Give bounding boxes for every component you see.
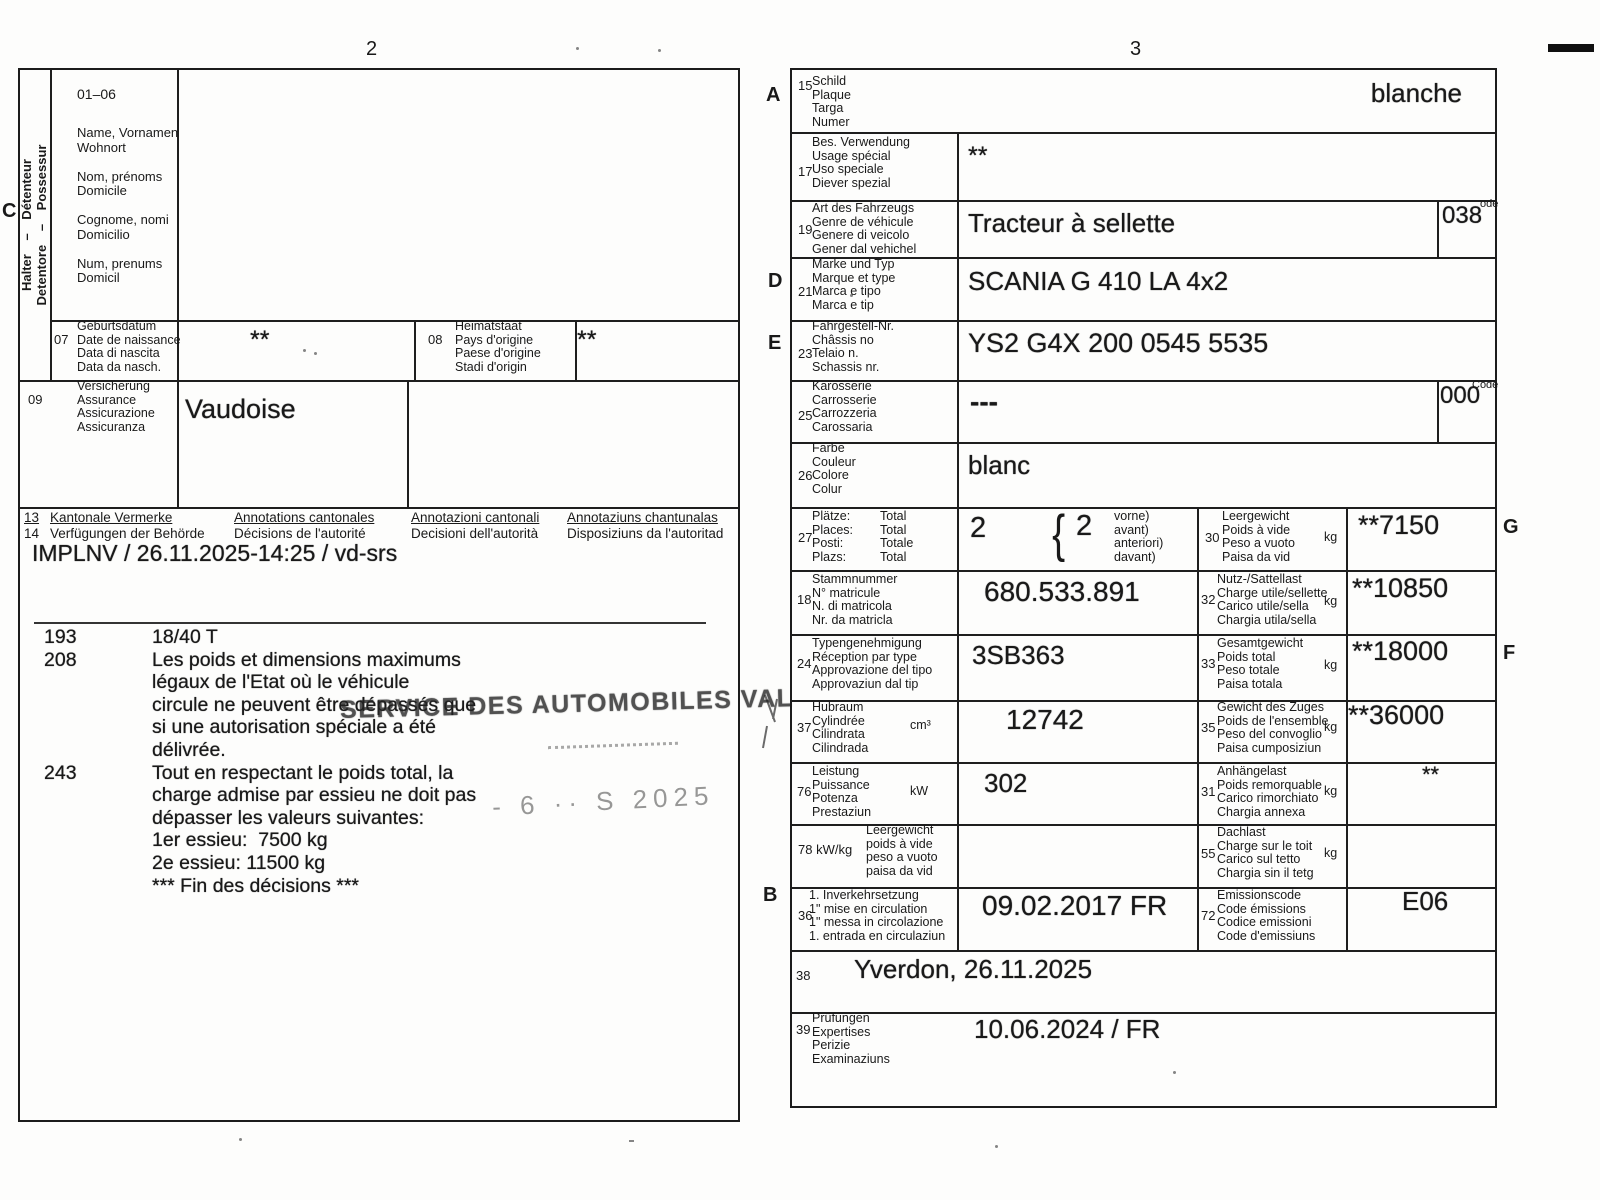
grid-line (792, 950, 1495, 952)
field-76-unit: kW (910, 784, 928, 798)
section-letter-A: A (766, 84, 780, 107)
code-superscript: ode (1480, 198, 1498, 210)
type-approval-value: 3SB363 (972, 640, 1065, 671)
train-weight-value: **36000 (1348, 700, 1444, 731)
field-35-unit: kg (1324, 720, 1337, 734)
holder-vertical-label: Halter – Détenteur Detentore – Possessur (20, 75, 50, 375)
holder-field-labels: Name, Vornamen Wohnort Nom, prénoms Domi… (77, 126, 178, 286)
field-36-label: 1. Inverkehrsetzung 1" mise en circulati… (809, 889, 945, 943)
field-55-number: 55 (1201, 846, 1215, 861)
field-31-unit: kg (1324, 784, 1337, 798)
field-26-label: Farbe Couleur Colore Colur (812, 442, 856, 496)
annotations-header-rm-2: Disposiziuns da l'autoritad (567, 526, 723, 543)
body-value: --- (970, 386, 998, 418)
code-superscript: Code (1472, 379, 1498, 391)
annotations-header-de-1: Kantonale Vermerke (50, 510, 172, 527)
field-33-number: 33 (1201, 656, 1215, 671)
grid-line (20, 507, 738, 509)
field-23-number: 23 (798, 346, 812, 361)
scan-artifact-bar (1548, 44, 1594, 52)
field-17-number: 17 (798, 164, 812, 179)
field-07-value: ** (250, 326, 269, 355)
grid-line (414, 320, 416, 380)
right-page-table: 15 Schild Plaque Targa Numer blanche 17 … (790, 68, 1497, 1108)
field-30-number: 30 (1205, 530, 1219, 545)
issue-place-date-value: Yverdon, 26.11.2025 (854, 954, 1092, 985)
field-19-number: 19 (798, 222, 812, 237)
field-08-number: 08 (428, 332, 442, 347)
field-23-label: Fahrgestell-Nr. Châssis no Telaio n. Sch… (812, 320, 894, 374)
field-32-unit: kg (1324, 594, 1337, 608)
field-07-label: Geburtsdatum Date de naissance Data di n… (77, 320, 181, 374)
field-55-unit: kg (1324, 846, 1337, 860)
make-type-value: SCANIA G 410 LA 4x2 (968, 266, 1228, 297)
trailer-load-value: ** (1422, 762, 1439, 788)
page-number-2: 2 (366, 38, 377, 61)
annotations-header-fr-1: Annotations cantonales (234, 510, 374, 527)
seats-total-value: 2 (970, 512, 986, 545)
section-letter-E: E (768, 332, 781, 355)
field-38-number: 38 (796, 968, 810, 983)
displacement-value: 12742 (1006, 704, 1084, 736)
stock-number-value: 680.533.891 (984, 576, 1140, 608)
vehicle-type-value: Tracteur à sellette (968, 208, 1175, 239)
field-27-number: 27 (798, 530, 812, 545)
field-27-label-total: Total Total Totale Total (880, 510, 913, 564)
noise-dot (658, 49, 661, 52)
field-range-01-06: 01–06 (77, 86, 116, 103)
page-number-3: 3 (1130, 38, 1141, 61)
grid-line (407, 380, 409, 507)
chassis-number-value: YS2 G4X 200 0545 5535 (968, 328, 1268, 359)
field-18-number: 18 (797, 592, 811, 607)
decisions-list: 193 18/40 T 208 Les poids et dimensions … (44, 626, 476, 897)
separator-line (34, 622, 706, 624)
field-25-label: Karosserie Carrosserie Carrozzeria Caros… (812, 380, 877, 434)
field-24-label: Typengenehmigung Réception par type Appr… (812, 637, 932, 691)
power-value: 302 (984, 768, 1027, 799)
total-weight-value: **18000 (1352, 636, 1448, 667)
special-use-value: ** (968, 142, 987, 171)
section-letter-C: C (2, 200, 16, 223)
field-72-number: 72 (1201, 908, 1215, 923)
decision-code: 243 (44, 762, 152, 898)
insurance-value: Vaudoise (185, 394, 296, 425)
field-08-value: ** (577, 326, 596, 355)
field-33-label: Gesamtgewicht Poids total Peso totale Pa… (1217, 637, 1303, 691)
field-07-number: 07 (54, 332, 68, 347)
decision-code: 193 (44, 626, 152, 649)
field-76-label: Leistung Puissance Potenza Prestaziun (812, 765, 871, 819)
grid-line (792, 320, 1495, 322)
field-17-label: Bes. Verwendung Usage spécial Uso specia… (812, 136, 910, 190)
scanned-vehicle-permit: 2 3 C A D E B G F Halter – Détenteur Det… (0, 0, 1600, 1200)
grid-line (1437, 200, 1439, 257)
field-35-number: 35 (1201, 720, 1215, 735)
noise-dot (995, 1145, 998, 1148)
vehicle-type-code: 038 (1442, 202, 1482, 230)
decision-text: 18/40 T (152, 626, 218, 649)
decision-text: Tout en respectant le poids total, la ch… (152, 762, 476, 898)
color-value: blanc (968, 450, 1030, 481)
field-32-number: 32 (1201, 592, 1215, 607)
section-letter-F: F (1503, 642, 1515, 665)
grid-line (792, 132, 1495, 134)
inspection-date-value: 10.06.2024 / FR (974, 1014, 1160, 1045)
field-78-num: 78 (798, 842, 812, 857)
grid-line (1197, 507, 1199, 950)
grid-line (792, 380, 1495, 382)
field-35-label: Gewicht des Zuges Poids de l'ensemble Pe… (1217, 701, 1328, 755)
field-31-label: Anhängelast Poids remorquable Carico rim… (1217, 765, 1322, 819)
first-registration-value: 09.02.2017 FR (982, 890, 1167, 922)
field-78-label: Leergewicht poids à vide peso a vuoto pa… (866, 824, 938, 878)
stamp-dotted-line (548, 742, 678, 750)
field-72-label: Emissionscode Code émissions Codice emis… (1217, 889, 1315, 943)
field-13-number: 13 (24, 510, 39, 527)
decision-item: 243 Tout en respectant le poids total, l… (44, 762, 476, 898)
field-09-label: Versicherung Assurance Assicurazione Ass… (77, 380, 155, 434)
grid-line (957, 132, 959, 950)
field-76-number: 76 (797, 784, 811, 799)
field-21-label: Marke und Typ Marque et type Marca e tip… (812, 258, 895, 312)
field-15-label: Schild Plaque Targa Numer (812, 75, 851, 129)
field-21-number: 21 (798, 284, 812, 299)
grid-line (50, 70, 52, 380)
field-39-label: Prüfungen Expertises Perizie Examinaziun… (812, 1012, 890, 1066)
noise-dot (629, 1140, 634, 1142)
section-letter-B: B (763, 884, 777, 907)
annotations-header-it-1: Annotazioni cantonali (411, 510, 539, 527)
field-78-unit: kW/kg (816, 842, 852, 857)
field-18-label: Stammnummer N° matricule N. di matricola… (812, 573, 897, 627)
field-30-unit: kg (1324, 530, 1337, 544)
seats-front-value: 2 (1076, 510, 1092, 543)
plate-color-value: blanche (1232, 78, 1462, 109)
field-08-label: Heimatstaat Pays d'origine Paese d'origi… (455, 320, 541, 374)
grid-line (792, 570, 1495, 572)
field-09-number: 09 (28, 392, 42, 407)
field-37-label: Hubraum Cylindrée Cilindrata Cilindrada (812, 701, 868, 755)
date-stamp: - 6 ·· S 2025 (491, 780, 715, 823)
field-55-label: Dachlast Charge sur le toit Carico sul t… (1217, 826, 1314, 880)
field-24-number: 24 (797, 656, 811, 671)
annotations-header-it-2: Decisioni dell'autorità (411, 526, 538, 543)
field-33-unit: kg (1324, 658, 1337, 672)
noise-dot (239, 1138, 242, 1141)
field-32-label: Nutz-/Sattellast Charge utile/sellette C… (1217, 573, 1327, 627)
grid-line (792, 257, 1495, 259)
section-letter-G: G (1503, 516, 1519, 539)
grid-line (792, 442, 1495, 444)
decision-code: 208 (44, 649, 152, 762)
field-37-unit: cm³ (910, 718, 931, 732)
payload-value: **10850 (1352, 573, 1448, 604)
field-30-label: Leergewicht Poids à vide Peso a vuoto Pa… (1222, 510, 1295, 564)
emissions-code-value: E06 (1402, 886, 1448, 917)
brace-glyph: { (1052, 504, 1065, 564)
grid-line (1437, 380, 1439, 442)
seats-front-label: vorne) avant) anteriori) davant) (1114, 510, 1163, 564)
noise-dot (576, 47, 579, 50)
field-19-label: Art des Fahrzeugs Genre de véhicule Gene… (812, 202, 916, 256)
field-27-label: Plätze: Places: Posti: Plazs: (812, 510, 853, 564)
decision-item: 193 18/40 T (44, 626, 476, 649)
field-15-number: 15 (798, 78, 812, 93)
empty-weight-value: **7150 (1358, 510, 1439, 541)
grid-line (792, 762, 1495, 764)
left-page-table: Halter – Détenteur Detentore – Possessur… (18, 68, 740, 1122)
section-letter-D: D (768, 270, 782, 293)
field-31-number: 31 (1201, 784, 1215, 799)
annotations-header-rm-1: Annotaziuns chantunalas (567, 510, 718, 527)
field-26-number: 26 (798, 468, 812, 483)
field-37-number: 37 (797, 720, 811, 735)
field-25-number: 25 (798, 408, 812, 423)
registry-entry: IMPLNV / 26.11.2025-14:25 / vd-srs (32, 540, 397, 567)
field-78-number: 78 kW/kg (798, 842, 852, 857)
field-39-number: 39 (796, 1022, 810, 1037)
